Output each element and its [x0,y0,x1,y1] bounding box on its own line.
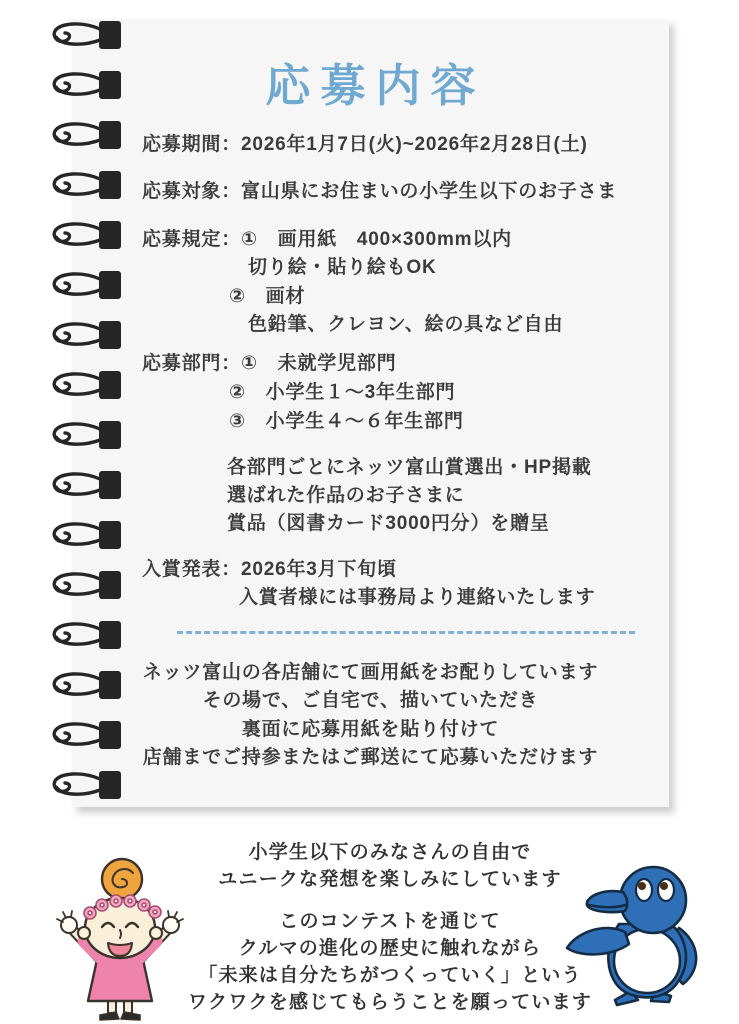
line-category-2: ② 小学生１～3年生部門 [229,382,455,404]
spiral-binding-ring-icon [50,68,124,102]
spiral-binding-ring-icon [50,118,124,152]
spiral-binding-ring-icon [50,18,124,52]
spiral-binding-ring-icon [50,768,124,802]
spiral-binding-ring-icon [50,618,124,652]
spiral-binding-ring-icon [50,418,124,452]
line-rule-1: 応募規定：① 画用紙 400×300mm以内 [142,229,512,251]
spiral-binding-ring-icon [50,518,124,552]
line-rule-2b: 色鉛筆、クレヨン、絵の具など自由 [248,314,563,336]
line-howto-4: 店舗までご持参またはご郵送にて応募いただけます [72,747,669,769]
girl-mascot-icon [56,853,184,1023]
line-period: 応募期間：2026年1月7日(火)~2026年2月28日(土) [142,134,588,156]
spiral-binding-ring-icon [50,318,124,352]
line-rule-1b: 切り絵・貼り絵もOK [248,257,437,279]
line-announce-2: 入賞者様には事務局より連絡いたします [239,587,595,609]
line-category-3: ③ 小学生４～６年生部門 [229,411,464,433]
spiral-binding-ring-icon [50,168,124,202]
spiral-binding-ring-icon [50,718,124,752]
spiral-binding-ring-icon [50,568,124,602]
spiral-binding-ring-icon [50,268,124,302]
penguin-mascot-icon [563,858,725,1015]
page-title: 応募内容 [72,49,669,114]
flyer-canvas: 応募内容 応募期間：2026年1月7日(火)~2026年2月28日(土) 応募対… [0,0,739,1024]
dashed-divider [177,631,635,634]
line-award-1: 各部門ごとにネッツ富山賞選出・HP掲載 [227,457,592,479]
line-howto-1: ネッツ富山の各店舗にて画用紙をお配りしています [72,662,669,684]
line-howto-2: その場で、ご自宅で、描いていただき [72,690,669,712]
line-category-1: 応募部門：① 未就学児部門 [142,353,397,375]
line-announce-1: 入賞発表：2026年3月下旬頃 [142,559,397,581]
spiral-binding-ring-icon [50,218,124,252]
line-award-3: 賞品（図書カード3000円分）を贈呈 [227,513,550,535]
notebook-page: 応募内容 応募期間：2026年1月7日(火)~2026年2月28日(土) 応募対… [72,19,669,807]
spiral-binding-ring-icon [50,668,124,702]
line-award-2: 選ばれた作品のお子さまに [227,485,465,507]
line-rule-2: ② 画材 [229,286,305,308]
line-howto-3: 裏面に応募用紙を貼り付けて [72,719,669,741]
spiral-binding-ring-icon [50,368,124,402]
spiral-binding-ring-icon [50,468,124,502]
line-target: 応募対象：富山県にお住まいの小学生以下のお子さま [142,181,617,203]
